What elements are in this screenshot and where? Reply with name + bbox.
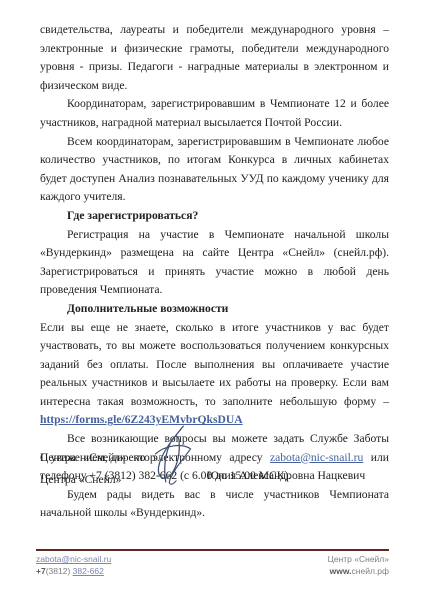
paragraph-uud-analysis: Всем координаторам, зарегистрировавшим в… [40, 133, 389, 207]
text-run: Будем рады видеть вас в числе участников… [40, 488, 389, 520]
heading-additional-options: Дополнительные возможности [40, 300, 389, 319]
handwritten-signature-icon [151, 423, 195, 487]
footer-email-row: zabota@nic-snail.ru [36, 554, 111, 566]
closing-block: С уважением, директор Центра «Снейл» [40, 447, 156, 490]
footer-phone-prefix: +7 [36, 566, 46, 576]
paragraph-additional-options: Если вы еще не знаете, сколько в итоге у… [40, 319, 389, 431]
footer-org-name: Центр «Снейл» [328, 554, 389, 566]
paragraph-welcome: Будем рады видеть вас в числе участников… [40, 486, 389, 523]
paragraph-registration: Регистрация на участие в Чемпионате нача… [40, 226, 389, 300]
footer-email-link[interactable]: zabota@nic-snail.ru [36, 554, 111, 564]
text-run: Всем координаторам, зарегистрировавшим в… [40, 135, 389, 204]
signatory-name: Юлия Александровна Нацкевич [207, 469, 365, 482]
text-run: Координаторам, зарегистрировавшим в Чемп… [40, 97, 389, 129]
page-footer: zabota@nic-snail.ru +7(3812) 382-662 Цен… [36, 549, 389, 577]
email-link[interactable]: zabota@nic-snail.ru [270, 451, 363, 464]
footer-phone-area: (3812) [46, 566, 73, 576]
footer-site: www.снейл.рф [328, 566, 389, 578]
text-run: Если вы еще не знаете, сколько в итоге у… [40, 321, 389, 408]
footer-org-block: Центр «Снейл» www.снейл.рф [328, 554, 389, 577]
footer-phone-link[interactable]: 382-662 [73, 566, 104, 576]
footer-site-www: www. [330, 566, 352, 576]
text-run: свидетельства, лауреаты и победители меж… [40, 23, 389, 92]
text-run: Регистрация на участие в Чемпионате нача… [40, 228, 389, 297]
footer-contacts: zabota@nic-snail.ru +7(3812) 382-662 [36, 554, 111, 577]
closing-line-2: Центра «Снейл» [40, 469, 156, 491]
paragraph-awards: свидетельства, лауреаты и победители меж… [40, 21, 389, 95]
footer-phone-row: +7(3812) 382-662 [36, 566, 111, 578]
paragraph-coordinators-mail: Координаторам, зарегистрировавшим в Чемп… [40, 95, 389, 132]
document-page: свидетельства, лауреаты и победители меж… [0, 0, 424, 600]
closing-line-1: С уважением, директор [40, 447, 156, 469]
footer-site-domain: снейл.рф [352, 566, 389, 576]
text-run: Дополнительные возможности [67, 302, 228, 315]
forms-link[interactable]: https://forms.gle/6Z243yEMvbrQksDUA [40, 413, 243, 426]
text-run: Где зарегистрироваться? [67, 209, 198, 222]
heading-where-register: Где зарегистрироваться? [40, 207, 389, 226]
